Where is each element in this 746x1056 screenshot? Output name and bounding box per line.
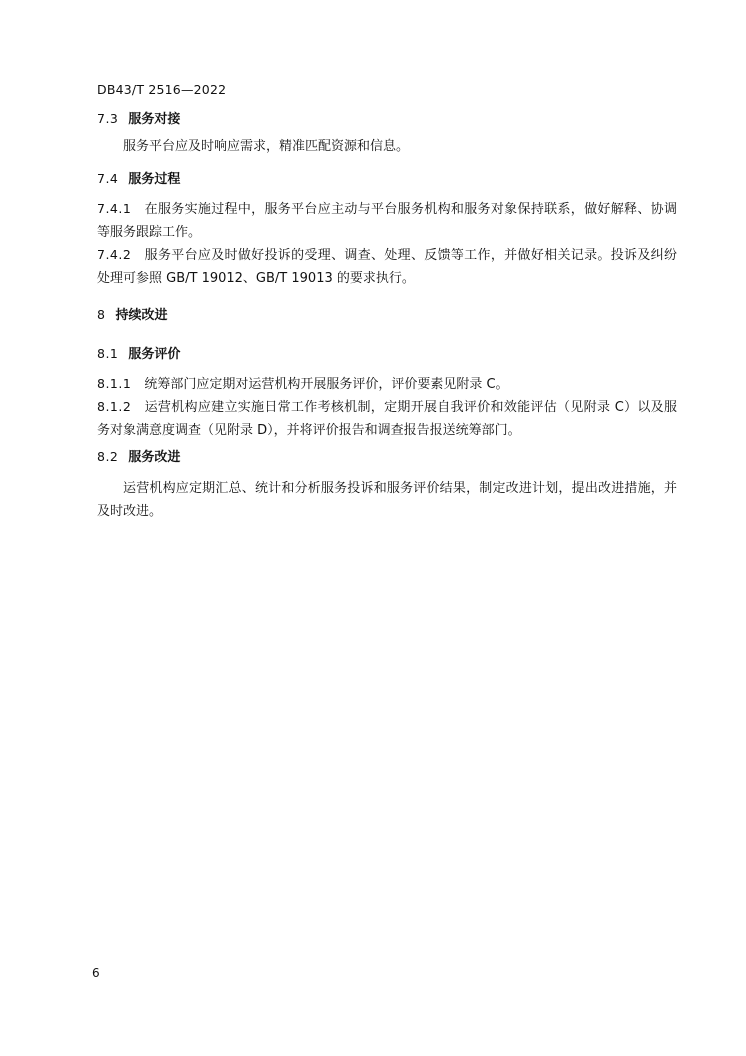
page-number: 6 [92,966,100,980]
clause-number: 8.1.2 [97,395,131,418]
clause-7-4-1: 7.4.1在服务实施过程中，服务平台应主动与平台服务机构和服务对象保持联系，做好… [97,197,677,244]
section-7-3-body: 服务平台应及时响应需求，精准匹配资源和信息。 [97,135,677,158]
section-7-4-heading: 7.4服务过程 [97,167,677,191]
section-8-1-heading: 8.1服务评价 [97,342,677,366]
clause-8-1-2: 8.1.2运营机构应建立实施日常工作考核机制，定期开展自我评价和效能评估（见附录… [97,395,677,442]
section-number: 7.4 [97,167,118,190]
chapter-title: 持续改进 [115,308,167,323]
chapter-8-heading: 8持续改进 [97,303,677,327]
section-title: 服务改进 [128,450,180,465]
clause-text: 服务平台应及时做好投诉的受理、调查、处理、反馈等工作，并做好相关记录。投诉及纠纷… [97,248,677,286]
section-8-2-body: 运营机构应定期汇总、统计和分析服务投诉和服务评价结果，制定改进计划，提出改进措施… [97,477,677,523]
clause-text: 统筹部门应定期对运营机构开展服务评价，评价要素见附录 C。 [144,377,508,392]
section-number: 8.2 [97,445,118,468]
section-title: 服务过程 [128,172,180,187]
chapter-number: 8 [97,303,105,326]
clause-text: 运营机构应建立实施日常工作考核机制，定期开展自我评价和效能评估（见附录 C）以及… [97,400,677,438]
clause-text: 在服务实施过程中，服务平台应主动与平台服务机构和服务对象保持联系，做好解释、协调… [97,202,677,240]
section-8-2-heading: 8.2服务改进 [97,445,677,469]
section-number: 8.1 [97,342,118,365]
document-page: DB43/T 2516—2022 7.3服务对接 服务平台应及时响应需求，精准匹… [0,0,746,1056]
standard-code-header: DB43/T 2516—2022 [97,78,677,101]
clause-7-4-2: 7.4.2服务平台应及时做好投诉的受理、调查、处理、反馈等工作，并做好相关记录。… [97,243,677,290]
clause-number: 7.4.1 [97,197,131,220]
clause-number: 7.4.2 [97,243,131,266]
clause-number: 8.1.1 [97,372,131,395]
clause-8-1-1: 8.1.1统筹部门应定期对运营机构开展服务评价，评价要素见附录 C。 [97,372,677,396]
section-title: 服务评价 [128,347,180,362]
section-7-3-heading: 7.3服务对接 [97,107,677,131]
section-number: 7.3 [97,107,118,130]
section-title: 服务对接 [128,112,180,127]
